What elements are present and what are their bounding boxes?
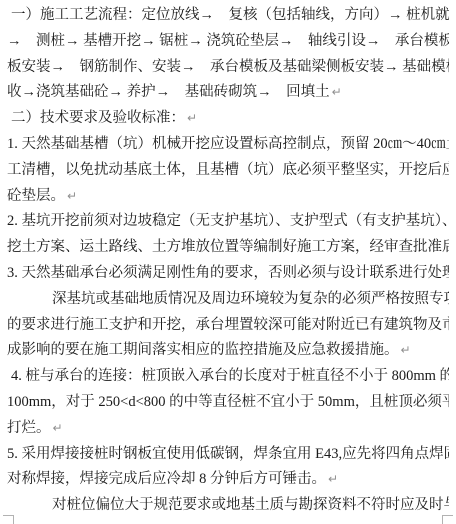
line-text: 挖土方案、运土路线、土方堆放位置等编制好施工方案，经审查批准后方可开工。 [7,239,449,255]
line-text: 深基坑或基础地质情况及周边环境较为复杂的必须严格按照专项施工方案 [52,291,449,307]
text-line: 砼垫层。↵ [7,184,449,210]
line-text: 对桩位偏位大于规范要求或地基土质与勘探资料不符时应及时与相关部门 [52,497,449,513]
text-boundary-corner-mark [442,515,453,524]
text-line: → 测桩→ 基槽开挖→ 锯桩→ 浇筑砼垫层→ 轴线引设→ 承台模板及梁底 [7,29,449,55]
text-line: 100mm，对于 250<d<800 的中等直径桩不宜小于 50mm，且桩顶必须… [7,390,449,416]
line-text: 的要求进行施工支护和开挖，承台埋置较深可能对附近已有建筑物及市政设施造 [7,317,449,333]
line-text: 二）技术要求及验收标准： [11,110,185,126]
line-text: 3. 天然基础承台必须满足刚性角的要求，否则必须与设计联系进行处理。 [7,265,449,281]
text-line: 5. 采用焊接接桩时钢板宜使用低碳钢，焊条宜用 E43,应先将四角点焊固定，然后 [7,442,449,468]
line-text: → 测桩→ 基槽开挖→ 锯桩→ 浇筑砼垫层→ 轴线引设→ 承台模板及梁底 [7,33,449,49]
line-text: 板安装→ 钢筋制作、安装→ 承台模板及基础梁侧板安装→ 基础模板、钢筋验 [7,59,449,75]
text-boundary-corner-mark [3,515,14,524]
text-line: 对称焊接，焊接完成后应冷却 8 分钟后方可锤击。↵ [7,467,449,493]
text-line: 工清槽，以免扰动基底土体，且基槽（坑）底必须平整坚实，开挖后应及时浇筑 [7,158,449,184]
paragraph-mark-icon: ↵ [185,111,197,125]
line-text: 1. 天然基础基槽（坑）机械开挖应设置标高控制点，预留 20㎝～40㎝土体用人 [7,136,449,152]
text-line: 收→浇筑基础砼→ 养护→ 基础砖砌筑→ 回填土↵ [7,80,449,106]
line-text: 收→浇筑基础砼→ 养护→ 基础砖砌筑→ 回填土 [7,84,330,100]
text-line: 深基坑或基础地质情况及周边环境较为复杂的必须严格按照专项施工方案 [7,287,449,313]
line-text: 2. 基坑开挖前须对边坡稳定（无支护基坑）、支护型式（有支护基坑）、降水措施、 [7,213,449,229]
paragraph-mark-icon: ↵ [399,343,411,357]
line-text: 5. 采用焊接接桩时钢板宜使用低碳钢，焊条宜用 E43,应先将四角点焊固定，然后 [7,446,449,462]
line-text: 100mm，对于 250<d<800 的中等直径桩不宜小于 50mm，且桩顶必须… [7,394,449,410]
text-line: 成影响的要在施工期间落实相应的监控措施及应急救援措施。↵ [7,338,449,364]
line-text: 成影响的要在施工期间落实相应的监控措施及应急救援措施。 [7,342,399,358]
text-line: 挖土方案、运土路线、土方堆放位置等编制好施工方案，经审查批准后方可开工。↵ [7,235,449,261]
document-page[interactable]: 一）施工工艺流程：定位放线→ 复核（包括轴线，方向）→ 桩机就位→ 打桩 → 测… [0,0,456,524]
paragraph-mark-icon: ↵ [65,189,77,203]
text-line: 1. 天然基础基槽（坑）机械开挖应设置标高控制点，预留 20㎝～40㎝土体用人 [7,132,449,158]
text-line: 板安装→ 钢筋制作、安装→ 承台模板及基础梁侧板安装→ 基础模板、钢筋验 [7,55,449,81]
line-text: 一）施工工艺流程：定位放线→ 复核（包括轴线，方向）→ 桩机就位→ 打桩 [11,7,449,23]
text-line: 2. 基坑开挖前须对边坡稳定（无支护基坑）、支护型式（有支护基坑）、降水措施、 [7,209,449,235]
line-text: 工清槽，以免扰动基底土体，且基槽（坑）底必须平整坚实，开挖后应及时浇筑 [7,162,449,178]
text-line: 二）技术要求及验收标准：↵ [7,106,449,132]
line-text: 对称焊接，焊接完成后应冷却 8 分钟后方可锤击。 [7,471,326,487]
text-line: 3. 天然基础承台必须满足刚性角的要求，否则必须与设计联系进行处理。↵ [7,261,449,287]
paragraph-mark-icon: ↵ [330,85,342,99]
line-text: 打烂。 [7,420,51,436]
text-line: 对桩位偏位大于规范要求或地基土质与勘探资料不符时应及时与相关部门 [7,493,449,519]
paragraph-mark-icon: ↵ [51,421,63,435]
text-line: 的要求进行施工支护和开挖，承台埋置较深可能对附近已有建筑物及市政设施造 [7,313,449,339]
text-line: 一）施工工艺流程：定位放线→ 复核（包括轴线，方向）→ 桩机就位→ 打桩 [7,3,449,29]
text-line: 4. 桩与承台的连接：桩顶嵌入承台的长度对于桩直径不小于 800mm 的不宜小于 [7,364,449,390]
line-text: 4. 桩与承台的连接：桩顶嵌入承台的长度对于桩直径不小于 800mm 的不宜小于 [11,368,449,384]
line-text: 砼垫层。 [7,188,65,204]
text-line: 打烂。↵ [7,416,449,442]
paragraph-mark-icon: ↵ [326,472,338,486]
